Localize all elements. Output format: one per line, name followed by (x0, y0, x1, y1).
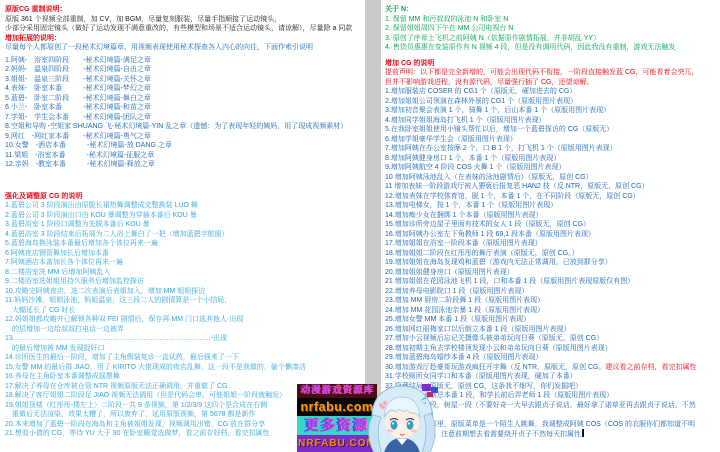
text-run: 29.增加蓝碧海岛婚纱本番 4 段（原版用图片表现） (385, 354, 543, 361)
text-line: 19.增加姐姐在海岛发现鸡和蓝碧（游戏内无法正常调用，已放到群分享） (385, 258, 718, 268)
text-run: 2.蓝碧公司 3 阶段演出口由 KOU 暴调整为穿插本番后 KOU 暴 (5, 212, 197, 219)
text-line: 9.增加阿姨航空 4 阶段 COS 火舞 1 个（原版用图片表现） (385, 163, 718, 173)
text-run: 尽量每个人都原创了一段秘术幻境篇章，用视频表现使用秘术探查各人内心的向往，下面作… (5, 44, 313, 51)
text-run: 增加 CG 的说明 (385, 60, 434, 67)
text-line: 30.增加游戏厅趁豪哥玩游戏疯狂开字舞（反 NTR，原版无，原创 CG。建议看之… (385, 363, 718, 373)
text-run: 13.…………………………………………………………………………-出现 (5, 335, 227, 342)
text-run: 21 增加姐姐在花园泳池飞机 1 段，口和本番 1 段（原版用图片表现原版仅有图… (385, 278, 634, 285)
blush (387, 429, 393, 432)
text-line: 4.增加同学姐姐海岛打飞机 1 个（原版用图片表现） (385, 116, 718, 126)
text-line: 17.增加姐姐在浴室一阶段本番（原版用图片表现） (385, 239, 718, 249)
text-line: 关于 N： (385, 5, 718, 15)
text-line: 9.二楼浴室选姐姐用持久服务后增加监控探访 (5, 277, 363, 287)
text-run: 7.增加阿姨在办公室按摩 2 个，口 B 1 个，打飞机 1 个（原版用图片表现… (385, 145, 617, 152)
text-run: 17.增加姐姐在浴室一阶段本番（原版用图片表现） (385, 240, 542, 247)
text-run: 14.诊所医生的最后一阶段，增加了主角假装复诊一直试药，最后强来了一下 (5, 354, 239, 361)
eye-left (391, 420, 398, 429)
text-line: 14.诊所医生的最后一阶段，增加了主角假装复诊一直试药，最后强来了一下 (5, 353, 363, 363)
text-line: 26.增加网红丽梅家口以后倒立本番 1 段（原版用图片表现） (385, 325, 718, 335)
eye-highlight (408, 422, 410, 424)
glitch-pixel (427, 392, 433, 397)
text-run: 19.姐姐顶楼（红彤彤-楼左上）二阶段一共 9 条视频，第 1/2/3/9 这四… (5, 402, 267, 409)
text-line: 强化及调整原 CG 的说明 (5, 192, 363, 202)
text-run: 27.增加小云视频后忘记关摄像头被弟弟玩向日葵（原版无，原创 CG） (385, 335, 603, 342)
text-line: 12.妈姐姐都攻略并已解锁各种双 FEI 剧情后，保存再 MM 门口选其他人-出… (5, 315, 363, 325)
text-line: 23.增加 MM 厨房二阶段舞 1 段（原版用图片表现） (385, 296, 718, 306)
text-line: 13.…………………………………………………………………………-出现 (5, 334, 363, 344)
text-line: 11 增加表妹一阶段游戏厅被人猥亵后报复恶 HAN2 技（反 NTR，原版无，原… (385, 182, 718, 192)
text-run: 10.攻略完阿姨夜店，选二次表演后表姐加入，增加 MM 姐姐探访 (5, 288, 205, 295)
text-run: 4.增加同学姐姐海岛打飞机 1 个（原版用图片表现） (385, 117, 546, 124)
text-run: 关于 N： (385, 6, 413, 13)
text-run: 2.妈妈- 温泉四阶段 -秘术幻境篇-自由之章 (5, 66, 151, 73)
text-line: 25.增加女警 MM 本番 1 段（原版用图片表现） (385, 315, 718, 325)
text-line: 5.在我卧室姐姐使用小镜头帮忙以后，增加一个蓝碧探访的 CG（原版无） (385, 125, 718, 135)
text-line: 增加 CG 的说明 (385, 59, 718, 69)
text-run: 7.阿姨酒店本番加长各个体位再来一遍 (5, 259, 123, 266)
text-run: 但并不影响游戏进程，没有源代码，尽量强行插了 CG，还望谅解。 (385, 79, 593, 86)
anime-girl-watermark (364, 383, 440, 452)
text-line: 28.增加初期主角去学校楼顶发现小云和弟弟玩向日葵（原版用图片表现） (385, 344, 718, 354)
text-run: 18.解决了客厅姐姐二阶段足 JIAO 视频无法调用（但是代码会串，可能姐姐一阶… (5, 392, 286, 399)
text-run: 2. 保留姐姐周四下午在 MM 公司电视台 N (385, 25, 513, 32)
text-line: 7.阿姨酒店本番加长各个体位再来一遍 (5, 258, 363, 268)
text-line: 的层增加一边给叔叔打电话一边被弄 (5, 325, 363, 335)
text-line: 15.女警 MM 的最后群 JIAO，用了 KIRITO 大佬现成的夜店乱舞，这… (5, 363, 363, 373)
text-line: 9.网红 -网红家本番 -秘术幻境篇-勇气之章 (5, 132, 363, 142)
text-line: 1.增加服装店 COSER 的 CG1 个（原版无，硬加进去的 CG） (385, 87, 718, 97)
text-line: 10.女警 -酒店本番 -秘术幻境篇-放 DANG 之章 (5, 141, 363, 151)
text-line: 8.增加阿姨健身房口 1 个，本番 1 个（原版用图片表现） (385, 154, 718, 164)
text-run: 15.女警 MM 的最后群 JIAO，用了 KIRITO 大佬现成的夜店乱舞，这… (5, 364, 306, 371)
text-run: 11.梁姐 -浴室本番 -秘术幻境篇-征服之章 (5, 152, 154, 159)
text-run: 11 增加表妹一阶段游戏厅被人猥亵后报复恶 HAN2 技（反 NTR，原版无，原… (385, 183, 649, 190)
text-line: 但并不影响游戏进程，没有源代码，尽量强行插了 CG，还望谅解。 (385, 78, 718, 88)
text-run: 23.增加 MM 厨房二阶段舞 1 段（原版用图片表现） (385, 297, 544, 304)
text-run: 13.增加电梯女，按 1 个，本番 1 个（原版用图片表现） (385, 202, 557, 209)
text-run: 1.蓝碧公司 3 阶段演出由原脱长裙热舞调整成完整换装 LUO 舞 (5, 202, 198, 209)
text-run: 5.蓝碧海岛换泳装本番最后增加各个体位再来一遍 (5, 240, 158, 247)
text-line: 12.增加表妹在学校体育馆，脱 1 个，本番 1 个，在不同阶段（原版无，原创 … (385, 192, 718, 202)
text-line: 22.增加养母电影院口 1 段（原版用图片表现） (385, 287, 718, 297)
text-run: 18.增加姐姐二阶段在红彤彤的舞厅表演（原版无，原创 CG。） (385, 250, 579, 257)
text-run: 提前声明：以下都是完全新增的，可能会出现代码不衔接，一阶段直接触发蓝 CG，可能… (385, 69, 698, 76)
text-line: 6.增加学姐豪华学生会（原版用图片表现） (385, 135, 718, 145)
text-run: 25.增加女警 MM 本番 1 段（原版用图片表现） (385, 316, 530, 323)
text-line: 大幅延长了 CG 时长 (5, 306, 363, 316)
text-run: 8.二楼浴室洗 MM 后增加阿姨乱入 (5, 269, 110, 276)
text-run: 强化及调整原 CG 的说明 (5, 193, 82, 200)
text-run: 1.增加服装店 COSER 的 CG1 个（原版无，硬加进去的 CG） (385, 88, 576, 95)
text-line: 5.蓝碧海岛换泳装本番最后增加各个体位再来一遍 (5, 239, 363, 249)
text-run: 3.姐姐- 温泉三阶段 -秘术幻境篇-关怀之章 (5, 76, 151, 83)
text-run: 11.妈妈沙滩、姐姐泳池、妈姐温泉，这三段二人的剧情算是一个小结局， (5, 297, 231, 304)
document-canvas: 原版CG 重制说明：原版 361 个视频全部重制，加 CV，加 BGM，尽量复刻… (0, 0, 720, 452)
text-run: 16.养母在主角卧室本番调整成摇摆舞 (5, 373, 120, 380)
text-run: 4.蓝碧浴室 3 阶段结束后拓展为二人浴上舞白了一把（增加蓝碧宇航服） (5, 231, 229, 238)
text-line: 4.蓝碧浴室 3 阶段结束后拓展为二人浴上舞白了一把（增加蓝碧宇航服） (5, 230, 363, 240)
text-cursor (582, 429, 584, 437)
text-run: 的最后增加被 MM 发现捉奸口 (5, 345, 105, 352)
text-run: 31.学校厕所女同学口和本番（原版用图片表现，硬加了本番） (385, 373, 577, 380)
text-run: 3. 原创了序章上飞机之前阿姨 N（依据原作剧情拓展，并非胡乱 YY） (385, 35, 600, 42)
text-run: 8.增加阿姨健身房口 1 个，本番 1 个（原版用图片表现） (385, 155, 560, 162)
text-line: 31.学校厕所女同学口和本番（原版用图片表现，硬加了本番） (385, 372, 718, 382)
text-line: 24.增加 MM 花园泳池亲暴 1 段（原版用图片表现） (385, 306, 718, 316)
text-line: 11.梁姐 -浴室本番 -秘术幻境篇-征服之章 (5, 151, 363, 161)
text-run: 6.阿姨夜店钢管舞加长后增加本番 (5, 250, 109, 257)
text-run: 1.阿姨- 浴室四阶段 -秘术幻境篇-满足之章 (5, 57, 151, 64)
text-line: 27.增加小云视频后忘记关摄像头被弟弟玩向日葵（原版无，原创 CG） (385, 334, 718, 344)
text-line: 3. 原创了序章上飞机之前阿姨 N（依据原作剧情拓展，并非胡乱 YY） (385, 34, 718, 44)
text-line: 10 增加阿姨泳池乱入（在表妹的泳池剧情后）（原版无，原创 CG） (385, 173, 718, 183)
text-run: 26.增加网红丽梅家口以后倒立本番 1 段（原版用图片表现） (385, 326, 571, 333)
text-line: 6.小兰- 卧室本番 -秘术幻境篇-和苗之章 (5, 103, 363, 113)
text-run: 15.增加诊所旁边屋子里面有技术的女人 1 段（原版无，原创 CG） (385, 221, 590, 228)
text-line: 2.增加姐姐公司领演在森林外景的 CG1 个（原版用图片表现） (385, 97, 718, 107)
text-run: 12.亲妈 -教室本番 -秘术幻境篇-释放之章 (5, 161, 155, 168)
text-line: 2.蓝碧公司 3 阶段演出口由 KOU 暴调整为穿插本番后 KOU 暴 (5, 211, 363, 221)
text-line: 4. 售货员惠惠在变装原作有 N 视频 4 段，但是没有调用代码，因此我没有重制… (385, 43, 718, 53)
text-run: 3.增加初音聚会表演 1 个，骑舞 1 个，后山本番 1 个（原版用图片表现） (385, 107, 610, 114)
text-run: 20.本来增加了蓝碧一阶段在海岛和主角被姐姐发现，视频调用出错，CG 放在群分享 (5, 421, 265, 428)
text-run: 9.二楼浴室选姐姐用持久服务后增加监控探访 (5, 278, 144, 285)
text-run: 4. 售货员惠惠在变装原作有 N 视频 4 段，但是没有调用代码，因此我没有重制… (385, 44, 676, 51)
text-run: 增加拓展的说明： (5, 35, 61, 42)
text-run: 12.增加表妹在学校体育馆，脱 1 个，本番 1 个，在不同阶段（原版无，原创 … (385, 193, 640, 200)
text-run: 少部分采用固定镜头（做好了运动发现不满意重改的，有些模型和场景不适合运动镜头，请… (5, 25, 352, 32)
text-line: 8.空姐和导购 -空姐家 SHUANG 飞-秘术幻境篇-YIN 乱之章（遗憾：为… (5, 122, 363, 132)
text-line: 提前声明：以下都是完全新增的，可能会出现代码不衔接，一阶段直接触发蓝 CG，可能… (385, 68, 718, 78)
text-line: 15.增加诊所旁边屋子里面有技术的女人 1 段（原版无，原创 CG） (385, 220, 718, 230)
text-run: 9.网红 -网红家本番 -秘术幻境篇-勇气之章 (5, 133, 151, 140)
text-run: 5.在我卧室姐姐使用小镜头帮忙以后，增加一个蓝碧探访的 CG（原版无） (385, 126, 613, 133)
text-line: 21 增加姐姐在花园泳池飞机 1 段，口和本番 1 段（原版用图片表现原版仅有图… (385, 277, 718, 287)
text-line: 12.亲妈 -教室本番 -秘术幻境篇-释放之章 (5, 160, 363, 170)
text-line: 8.二楼浴室洗 MM 后增加阿姨乱入 (5, 268, 363, 278)
eye-highlight (392, 422, 394, 424)
left-page-text[interactable]: 原版CG 重制说明：原版 361 个视频全部重制，加 CV，加 BGM，尽量复刻… (5, 5, 363, 439)
text-run: 12.妈姐姐都攻略并已解锁各种双 FEI 剧情后，保存再 MM 门口选其他人-出… (5, 316, 243, 323)
text-line: 2. 保留姐姐周四下午在 MM 公司电视台 N (385, 24, 718, 34)
text-run: 重做后无法渲染，效果太糟了，所以废弃了，延用原版视频，第 5678 都是新作 (5, 411, 255, 418)
text-line: 16.增加阿姨办公室左下角教师 1 段 69,1 段本番（原版用图片表现） (385, 230, 718, 240)
glitch-pixel (422, 384, 431, 391)
text-line: 16.养母在主角卧室本番调整成摇摆舞 (5, 372, 363, 382)
blush (411, 429, 417, 432)
text-line: 1. 保留 MM 和污叔叔的泳池 N 和卧室 N (385, 15, 718, 25)
text-run: 1. 保留 MM 和污叔叔的泳池 N 和卧室 N (385, 16, 508, 23)
text-run: 原版 361 个视频全部重制，加 CV，加 BGM，尽量复刻服装，尽量手指顺接了… (5, 16, 281, 23)
text-run: 19.增加姐姐在海岛发现鸡和蓝碧（游戏内无法正常调用，已放到群分享） (385, 259, 612, 266)
right-page-text[interactable]: 关于 N：1. 保留 MM 和污叔叔的泳池 N 和卧室 N2. 保留姐姐周四下午… (385, 5, 718, 439)
text-line: 11.妈妈沙滩、姐姐泳池、妈姐温泉，这三段二人的剧情算是一个小结局， (5, 296, 363, 306)
text-run: 8.空姐和导购 -空姐家 SHUANG 飞-秘术幻境篇-YIN 乱之章（遗憾：为… (5, 123, 347, 130)
text-run: 4.表妹- 卧室本番 -秘术幻境篇-梦幻之章 (5, 85, 151, 92)
text-line: 3.蓝碧浴室 1 阶段口调整为先脱本番后 KOU 暴 (5, 220, 363, 230)
text-line: 3.增加初音聚会表演 1 个，骑舞 1 个，后山本番 1 个（原版用图片表现） (385, 106, 718, 116)
text-line: 7.学姐- 学生会本番 -秘术幻境篇-团队之章 (5, 113, 363, 123)
text-run: 16.增加阿姨办公室左下角教师 1 段 69,1 段本番（原版用图片表现） (385, 231, 595, 238)
text-run: 10.女警 -酒店本番 -秘术幻境篇-放 DANG 之章 (5, 142, 172, 149)
text-run: 建议看之前存档，看完扣属性 (606, 364, 697, 371)
eye-right (407, 420, 414, 429)
text-run: 28.增加初期主角去学校楼顶发现小云和弟弟玩向日葵（原版用图片表现） (385, 345, 612, 352)
text-run: 原版CG 重制说明： (5, 6, 66, 13)
text-line: 29.增加蓝碧海岛婚纱本番 4 段（原版用图片表现） (385, 353, 718, 363)
text-run: 7.学姐- 学生会本番 -秘术幻境篇-团队之章 (5, 114, 151, 121)
text-run: 5.蓝碧- 卧室二阶段 -秘术幻境篇-舞白之章 (5, 95, 151, 102)
text-line: 3.姐姐- 温泉三阶段 -秘术幻境篇-关怀之章 (5, 75, 363, 85)
text-line: 的最后增加被 MM 发现捉奸口 (5, 344, 363, 354)
text-run: 17.解决了养母在仓库被仓管 NTR 视频原版无法正确调用，并重做了 CG (5, 383, 227, 390)
text-run: 10 增加阿姨泳池乱入（在表妹的泳池剧情后）（原版无，原创 CG） (385, 174, 593, 181)
text-run: 9.增加阿姨航空 4 阶段 COS 火舞 1 个（原版用图片表现） (385, 164, 565, 171)
text-line: 7.增加阿姨在办公室按摩 2 个，口 B 1 个，打飞机 1 个（原版用图片表现… (385, 144, 718, 154)
text-line: 13.增加电梯女，按 1 个，本番 1 个（原版用图片表现） (385, 201, 718, 211)
text-run: 24.增加 MM 花园泳池亲暴 1 段（原版用图片表现） (385, 307, 544, 314)
text-line: 6.阿姨夜店钢管舞加长后增加本番 (5, 249, 363, 259)
text-line: 增加拓展的说明： (5, 34, 363, 44)
text-run: 3.蓝碧浴室 1 阶段口调整为先脱本番后 KOU 暴 (5, 221, 150, 228)
text-run: 22.增加养母电影院口 1 段（原版用图片表现） (385, 288, 529, 295)
text-line: 尽量每个人都原创了一段秘术幻境篇章，用视频表现使用秘术探查各人内心的向往，下面作… (5, 43, 363, 53)
text-line: 2.妈妈- 温泉四阶段 -秘术幻境篇-自由之章 (5, 65, 363, 75)
text-run: 20.增加姐姐健身房口（原版用图片表现） (385, 269, 514, 276)
text-line: 原版CG 重制说明： (5, 5, 363, 15)
text-line: 少部分采用固定镜头（做好了运动发现不满意重改的，有些模型和场景不适合运动镜头，请… (5, 24, 363, 34)
text-line: 10.攻略完阿姨夜店，选二次表演后表姐加入，增加 MM 姐姐探访 (5, 287, 363, 297)
text-line: 14.增加痴少女在捆绑 1 个本番（原版用图片表现） (385, 211, 718, 221)
text-line: 1.蓝碧公司 3 阶段演出由原脱长裙热舞调整成完整换装 LUO 舞 (5, 201, 363, 211)
text-run: 6.增加学姐豪华学生会（原版用图片表现） (385, 136, 517, 143)
text-run: 14.增加痴少女在捆绑 1 个本番（原版用图片表现） (385, 212, 543, 219)
text-run: 大幅延长了 CG 时长 (5, 307, 75, 314)
text-line: 20.增加姐姐健身房口（原版用图片表现） (385, 268, 718, 278)
text-line: 18.增加姐姐二阶段在红彤彤的舞厅表演（原版无，原创 CG。） (385, 249, 718, 259)
text-line: 原版 361 个视频全部重制，加 CV，加 BGM，尽量复刻服装，尽量手指顺接了… (5, 15, 363, 25)
text-run: 的层增加一边给叔叔打电话一边被弄 (5, 326, 124, 333)
text-run: 21.想看小倩的 CG，等待 YU 大于 90 在卧室睡觉选做梦，看之前存好档，… (5, 430, 269, 437)
text-line: 5.蓝碧- 卧室二阶段 -秘术幻境篇-舞白之章 (5, 94, 363, 104)
text-run: 6.小兰- 卧室本番 -秘术幻境篇-和苗之章 (5, 104, 151, 111)
text-line: 1.阿姨- 浴室四阶段 -秘术幻境篇-满足之章 (5, 56, 363, 66)
text-line: 4.表妹- 卧室本番 -秘术幻境篇-梦幻之章 (5, 84, 363, 94)
text-run: 2.增加姐姐公司领演在森林外景的 CG1 个（原版用图片表现） (385, 98, 577, 105)
text-run: 30.增加游戏厅趁豪哥玩游戏疯狂开字舞（反 NTR，原版无，原创 CG。 (385, 364, 606, 371)
